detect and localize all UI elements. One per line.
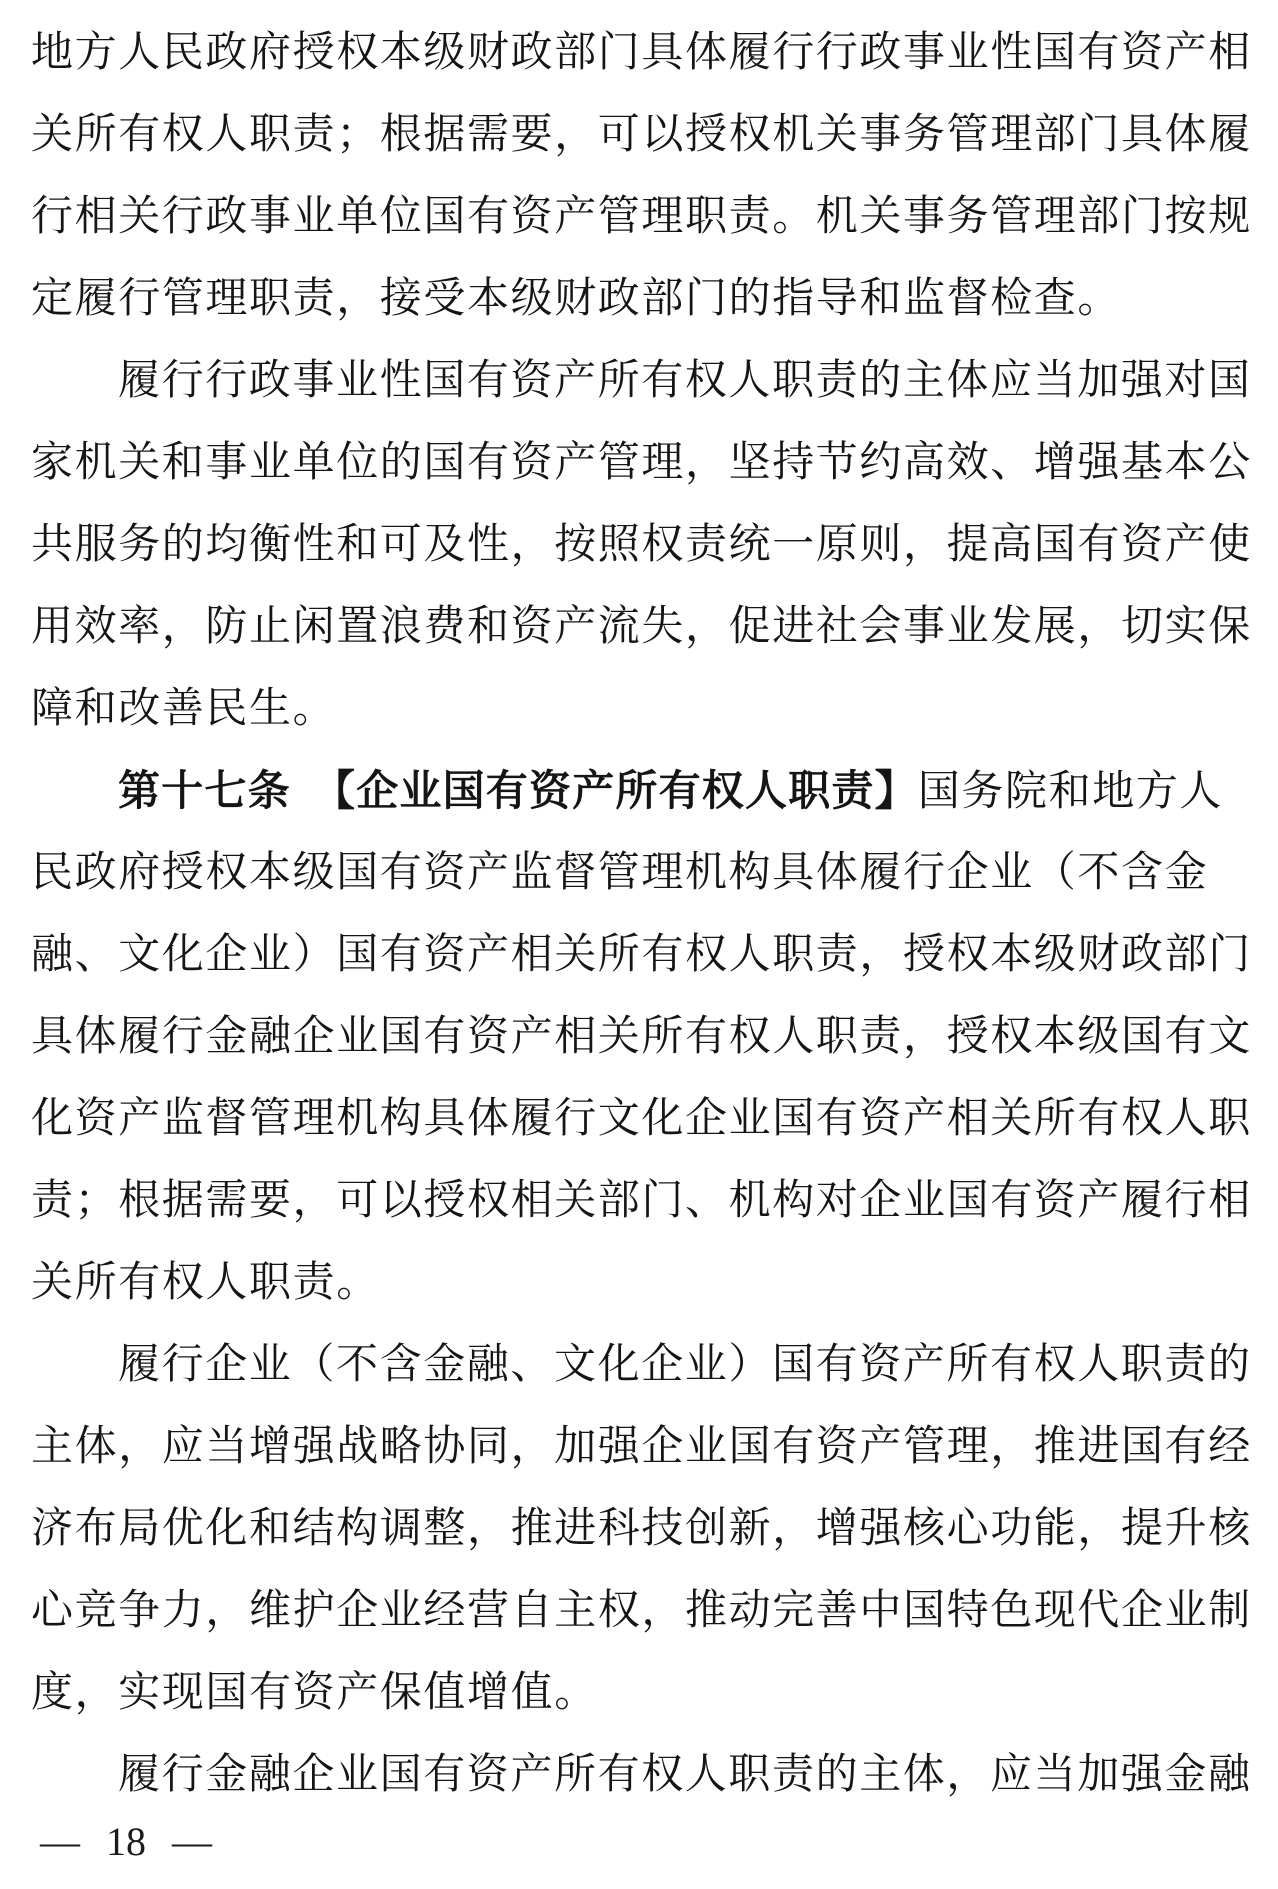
text-line: 关所有权人职责；根据需要，可以授权机关事务管理部门具体履 <box>31 94 1249 176</box>
document-page: 地方人民政府授权本级财政部门具体履行行政事业性国有资产相 关所有权人职责；根据需… <box>0 0 1278 1889</box>
text-line: 用效率，防止闲置浪费和资产流失，促进社会事业发展，切实保 <box>31 586 1249 668</box>
text-line: 度，实现国有资产保值增值。 <box>31 1652 1249 1734</box>
text-line: 责；根据需要，可以授权相关部门、机构对企业国有资产履行相 <box>31 1160 1249 1242</box>
text-line: 行相关行政事业单位国有资产管理职责。机关事务管理部门按规 <box>31 176 1249 258</box>
footer-dash-left: — <box>40 1818 80 1865</box>
body-text: 地方人民政府授权本级财政部门具体履行行政事业性国有资产相 关所有权人职责；根据需… <box>31 12 1249 1816</box>
text-line: 具体履行金融企业国有资产相关所有权人职责，授权本级国有文 <box>31 996 1249 1078</box>
text-line: 济布局优化和结构调整，推进科技创新，增强核心功能，提升核 <box>31 1488 1249 1570</box>
text-line: 共服务的均衡性和可及性，按照权责统一原则，提高国有资产使 <box>31 504 1249 586</box>
text-line: 关所有权人职责。 <box>31 1242 1249 1324</box>
paragraph-start-line: 履行金融企业国有资产所有权人职责的主体，应当加强金融 <box>31 1734 1249 1816</box>
text-line: 民政府授权本级国有资产监督管理机构具体履行企业（不含金 <box>31 832 1249 914</box>
article-heading-rest: 国务院和地方人 <box>918 769 1223 815</box>
article-number-heading: 第十七条 【企业国有资产所有权人职责】 <box>118 767 918 814</box>
text-line: 障和改善民生。 <box>31 668 1249 750</box>
text-line: 心竞争力，维护企业经营自主权，推动完善中国特色现代企业制 <box>31 1570 1249 1652</box>
footer-dash-right: — <box>172 1818 212 1865</box>
paragraph-start-line: 履行行政事业性国有资产所有权人职责的主体应当加强对国 <box>31 340 1249 422</box>
article-heading-line: 第十七条 【企业国有资产所有权人职责】国务院和地方人 <box>31 750 1249 832</box>
paragraph-start-line: 履行企业（不含金融、文化企业）国有资产所有权人职责的 <box>31 1324 1249 1406</box>
text-line: 融、文化企业）国有资产相关所有权人职责，授权本级财政部门 <box>31 914 1249 996</box>
text-line: 化资产监督管理机构具体履行文化企业国有资产相关所有权人职 <box>31 1078 1249 1160</box>
text-line: 定履行管理职责，接受本级财政部门的指导和监督检查。 <box>31 258 1249 340</box>
page-footer: — 18 — <box>40 1818 212 1865</box>
text-line: 主体，应当增强战略协同，加强企业国有资产管理，推进国有经 <box>31 1406 1249 1488</box>
text-line: 地方人民政府授权本级财政部门具体履行行政事业性国有资产相 <box>31 12 1249 94</box>
page-number: 18 <box>106 1818 146 1865</box>
text-line: 家机关和事业单位的国有资产管理，坚持节约高效、增强基本公 <box>31 422 1249 504</box>
